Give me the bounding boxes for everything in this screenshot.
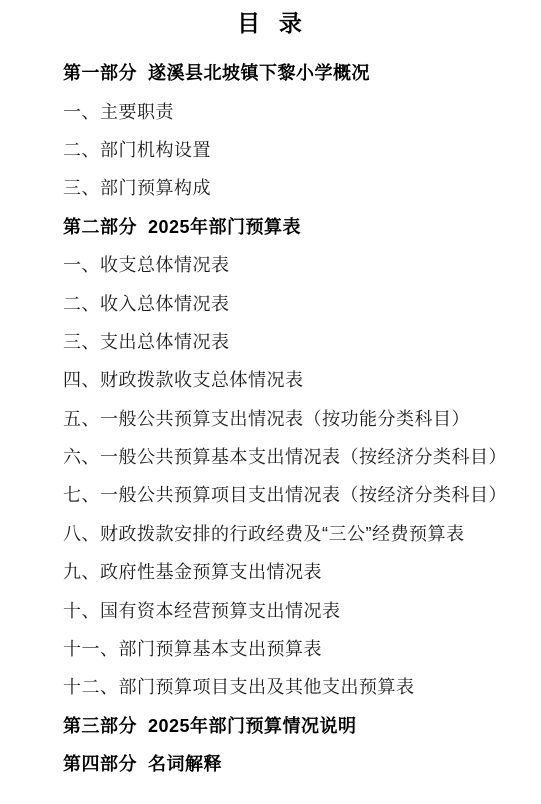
toc-item-2-11: 十一、部门预算基本支出预算表	[63, 629, 521, 667]
toc-item-1-3: 三、部门预算构成	[63, 168, 521, 206]
page-title: 目 录	[0, 0, 541, 38]
toc-item-2-10: 十、国有资本经营预算支出情况表	[63, 590, 521, 628]
toc-item-2-8: 八、财政拨款安排的行政经费及“三公”经费预算表	[63, 514, 521, 552]
toc-heading-part3: 第三部分 2025年部门预算情况说明	[63, 706, 521, 744]
toc-heading-part4: 第四部分 名词解释	[63, 744, 521, 782]
toc-heading-part2: 第二部分 2025年部门预算表	[63, 207, 521, 245]
toc-heading-part1: 第一部分 遂溪县北坡镇下黎小学概况	[63, 53, 521, 91]
toc-item-2-6: 六、一般公共预算基本支出情况表（按经济分类科目）	[63, 437, 521, 475]
toc-item-2-5: 五、一般公共预算支出情况表（按功能分类科目）	[63, 399, 521, 437]
toc-item-2-7: 七、一般公共预算项目支出情况表（按经济分类科目）	[63, 475, 521, 513]
toc-item-1-1: 一、主要职责	[63, 91, 521, 129]
toc-item-2-4: 四、财政拨款收支总体情况表	[63, 360, 521, 398]
table-of-contents: 第一部分 遂溪县北坡镇下黎小学概况 一、主要职责 二、部门机构设置 三、部门预算…	[0, 53, 541, 782]
toc-item-2-3: 三、支出总体情况表	[63, 322, 521, 360]
toc-item-2-12: 十二、部门预算项目支出及其他支出预算表	[63, 667, 521, 705]
toc-item-2-9: 九、政府性基金预算支出情况表	[63, 552, 521, 590]
toc-item-2-2: 二、收入总体情况表	[63, 283, 521, 321]
document-page: 目 录 第一部分 遂溪县北坡镇下黎小学概况 一、主要职责 二、部门机构设置 三、…	[0, 0, 541, 804]
toc-item-2-1: 一、收支总体情况表	[63, 245, 521, 283]
toc-item-1-2: 二、部门机构设置	[63, 130, 521, 168]
